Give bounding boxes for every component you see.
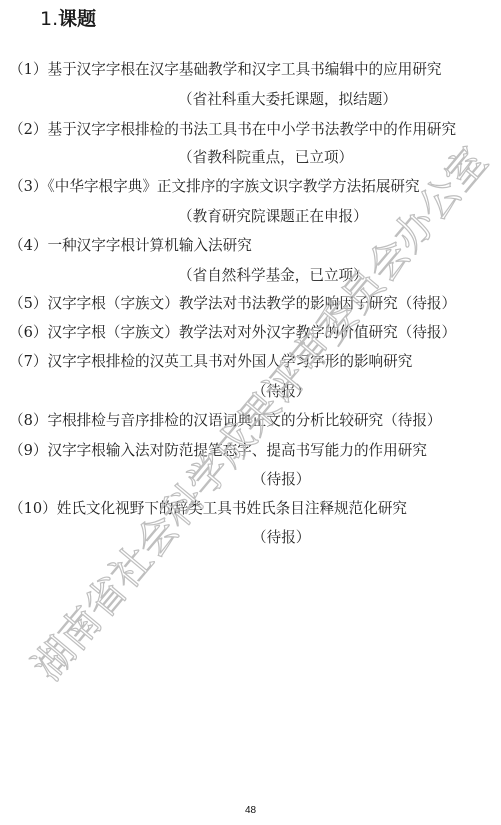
project-item-4: （4）一种汉字字根计算机输入法研究 [9, 236, 252, 256]
project-note-3: （教育研究院课题正在申报） [178, 207, 368, 227]
project-item-2: （2）基于汉字字根排检的书法工具书在中小学书法教学中的作用研究 [9, 120, 456, 140]
project-item-1: （1）基于汉字字根在汉字基础教学和汉字工具书编辑中的应用研究 [9, 60, 442, 80]
project-item-8: （8）字根排检与音序排检的汉语词典正文的分析比较研究（待报） [9, 411, 442, 431]
project-note-2: （省教科院重点，已立项） [178, 148, 353, 168]
project-item-3: （3）《中华字根字典》正文排序的字族文识字教学方法拓展研究 [9, 177, 420, 197]
project-item-10: （10）姓氏文化视野下的辞类工具书姓氏条目注释规范化研究 [9, 499, 407, 519]
project-note-10: （待报） [252, 528, 310, 548]
document-page: 1.课题 （1）基于汉字字根在汉字基础教学和汉字工具书编辑中的应用研究 （省社科… [0, 0, 501, 825]
project-note-1: （省社科重大委托课题，拟结题） [178, 90, 397, 110]
section-title: 课题 [58, 8, 96, 30]
project-item-7: （7）汉字字根排检的汉英工具书对外国人学习字形的影响研究 [9, 352, 412, 372]
project-note-7: （待报） [252, 382, 310, 402]
project-item-6: （6）汉字字根（字族文）教学法对对外汉字教学的价值研究（待报） [9, 323, 456, 343]
section-number: 1. [40, 8, 58, 30]
page-number: 48 [0, 805, 501, 816]
project-note-4: （省自然科学基金，已立项） [178, 266, 368, 286]
project-note-9: （待报） [252, 470, 310, 490]
project-item-9: （9）汉字字根输入法对防范提笔忘字、提高书写能力的作用研究 [9, 441, 427, 461]
section-heading: 1.课题 [40, 4, 96, 31]
project-item-5: （5）汉字字根（字族文）教学法对书法教学的影响因子研究（待报） [9, 294, 456, 314]
